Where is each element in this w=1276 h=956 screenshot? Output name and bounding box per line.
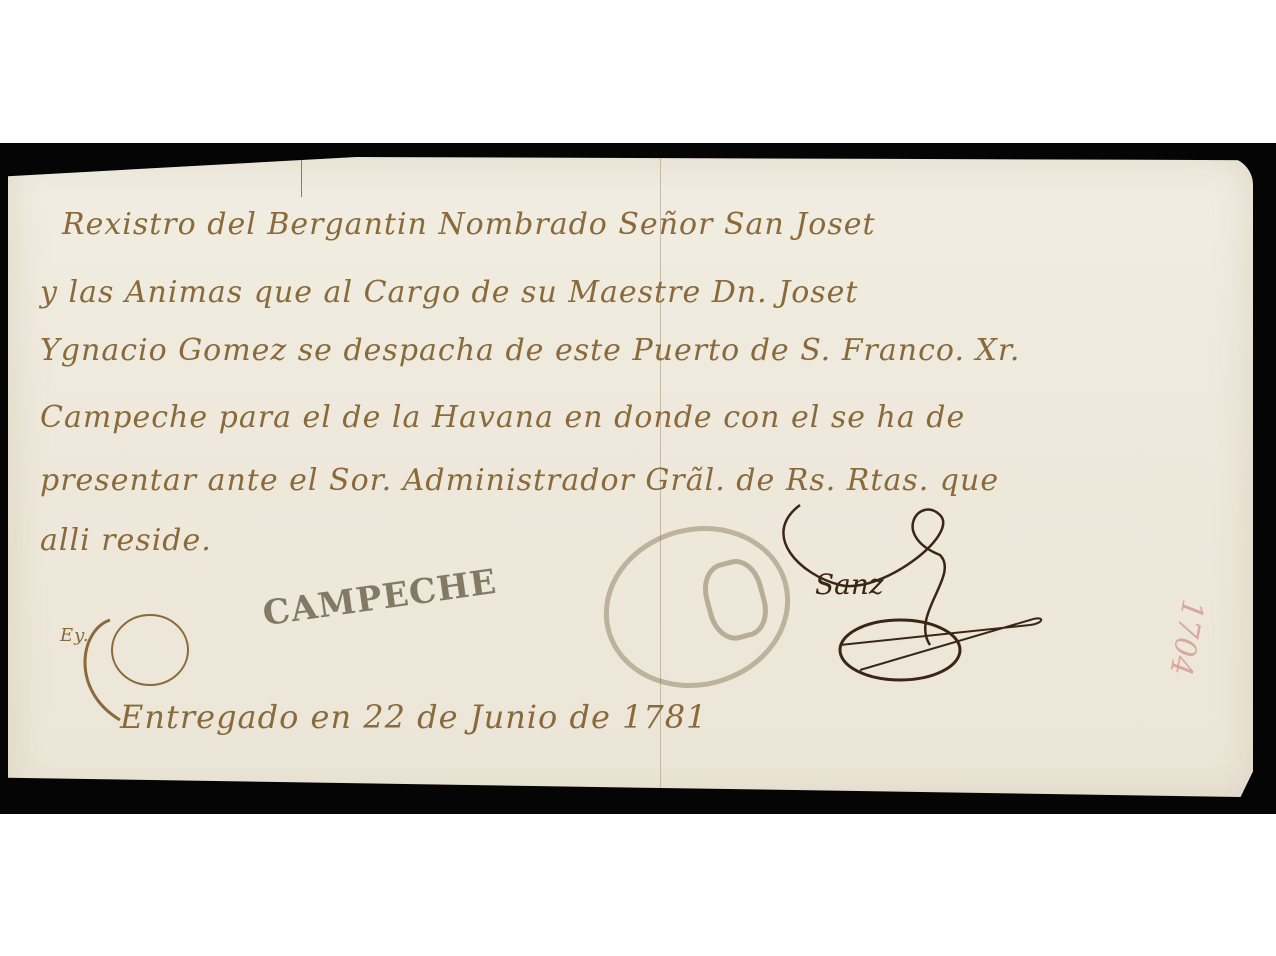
- signature-rubric-icon: [760, 495, 1050, 705]
- text-line-5: presentar ante el Sor. Administrador Grã…: [40, 463, 999, 498]
- delivery-note: Entregado en 22 de Junio de 1781: [120, 698, 708, 736]
- delivery-prefix: Ey.: [60, 625, 90, 646]
- tear-mark: [301, 157, 302, 197]
- text-line-1: Rexistro del Bergantin Nombrado Señor Sa…: [62, 207, 876, 242]
- text-line-2: y las Animas que al Cargo de su Maestre …: [40, 275, 858, 310]
- text-line-3: Ygnacio Gomez se despacha de este Puerto…: [40, 333, 1020, 368]
- text-line-6: alli reside.: [40, 523, 212, 558]
- text-line-4: Campeche para el de la Havana en donde c…: [40, 400, 965, 435]
- signature: Sanz: [815, 568, 884, 601]
